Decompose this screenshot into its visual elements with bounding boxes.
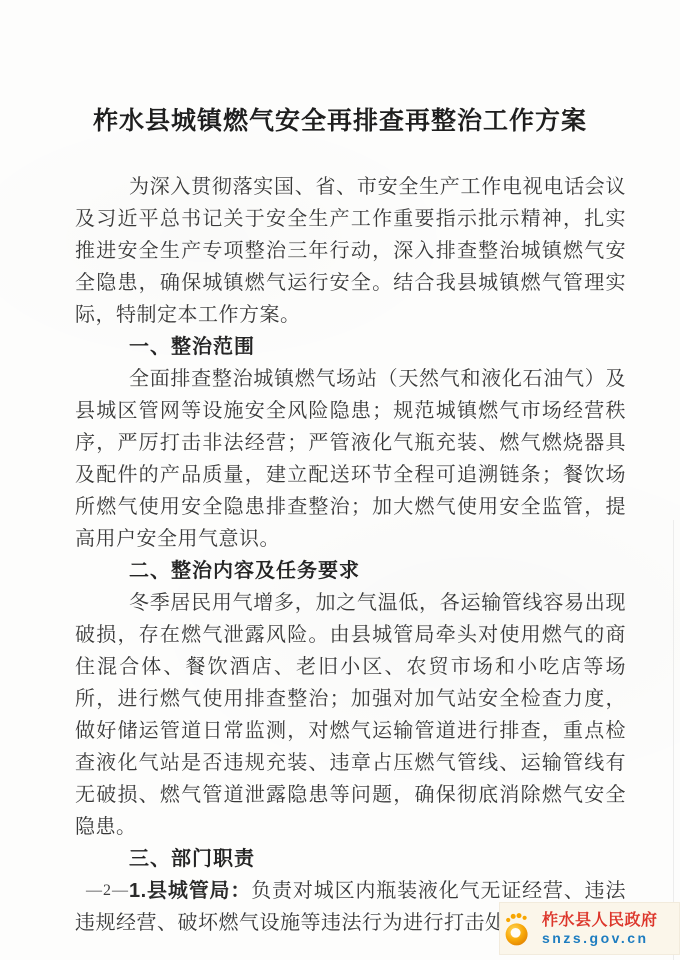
scan-edge-artifact bbox=[673, 520, 674, 960]
document-title: 柞水县城镇燃气安全再排查再整治工作方案 bbox=[40, 101, 640, 137]
dept-name-lead: 1.县城管局： bbox=[129, 880, 251, 902]
gov-site-name: 柞水县人民政府 bbox=[542, 911, 658, 930]
scanned-document-page: 柞水县城镇燃气安全再排查再整治工作方案 为深入贯彻落实国、省、市安全生产工作电视… bbox=[0, 0, 680, 960]
section-heading-duties: 三、部门职责 bbox=[75, 843, 626, 875]
document-body: 为深入贯彻落实国、省、市安全生产工作电视电话会议及习近平总书记关于安全生产工作重… bbox=[75, 171, 626, 939]
paragraph-intro: 为深入贯彻落实国、省、市安全生产工作电视电话会议及习近平总书记关于安全生产工作重… bbox=[75, 171, 626, 331]
section-heading-tasks: 二、整治内容及任务要求 bbox=[75, 555, 626, 587]
gov-site-url: snzs.gov.cn bbox=[542, 930, 658, 947]
gov-text-block: 柞水县人民政府 snzs.gov.cn bbox=[542, 911, 658, 947]
gov-site-watermark: 柞水县人民政府 snzs.gov.cn bbox=[499, 902, 680, 955]
gov-footprint-logo-icon bbox=[504, 911, 530, 947]
paragraph-tasks: 冬季居民用气增多，加之气温低，各运输管线容易出现破损，存在燃气泄露风险。由县城管… bbox=[75, 587, 626, 843]
section-heading-scope: 一、整治范围 bbox=[75, 331, 626, 363]
paragraph-scope: 全面排查整治城镇燃气场站（天然气和液化石油气）及县城区管网等设施安全风险隐患；规… bbox=[75, 363, 626, 555]
page-number: —2— bbox=[86, 882, 129, 900]
